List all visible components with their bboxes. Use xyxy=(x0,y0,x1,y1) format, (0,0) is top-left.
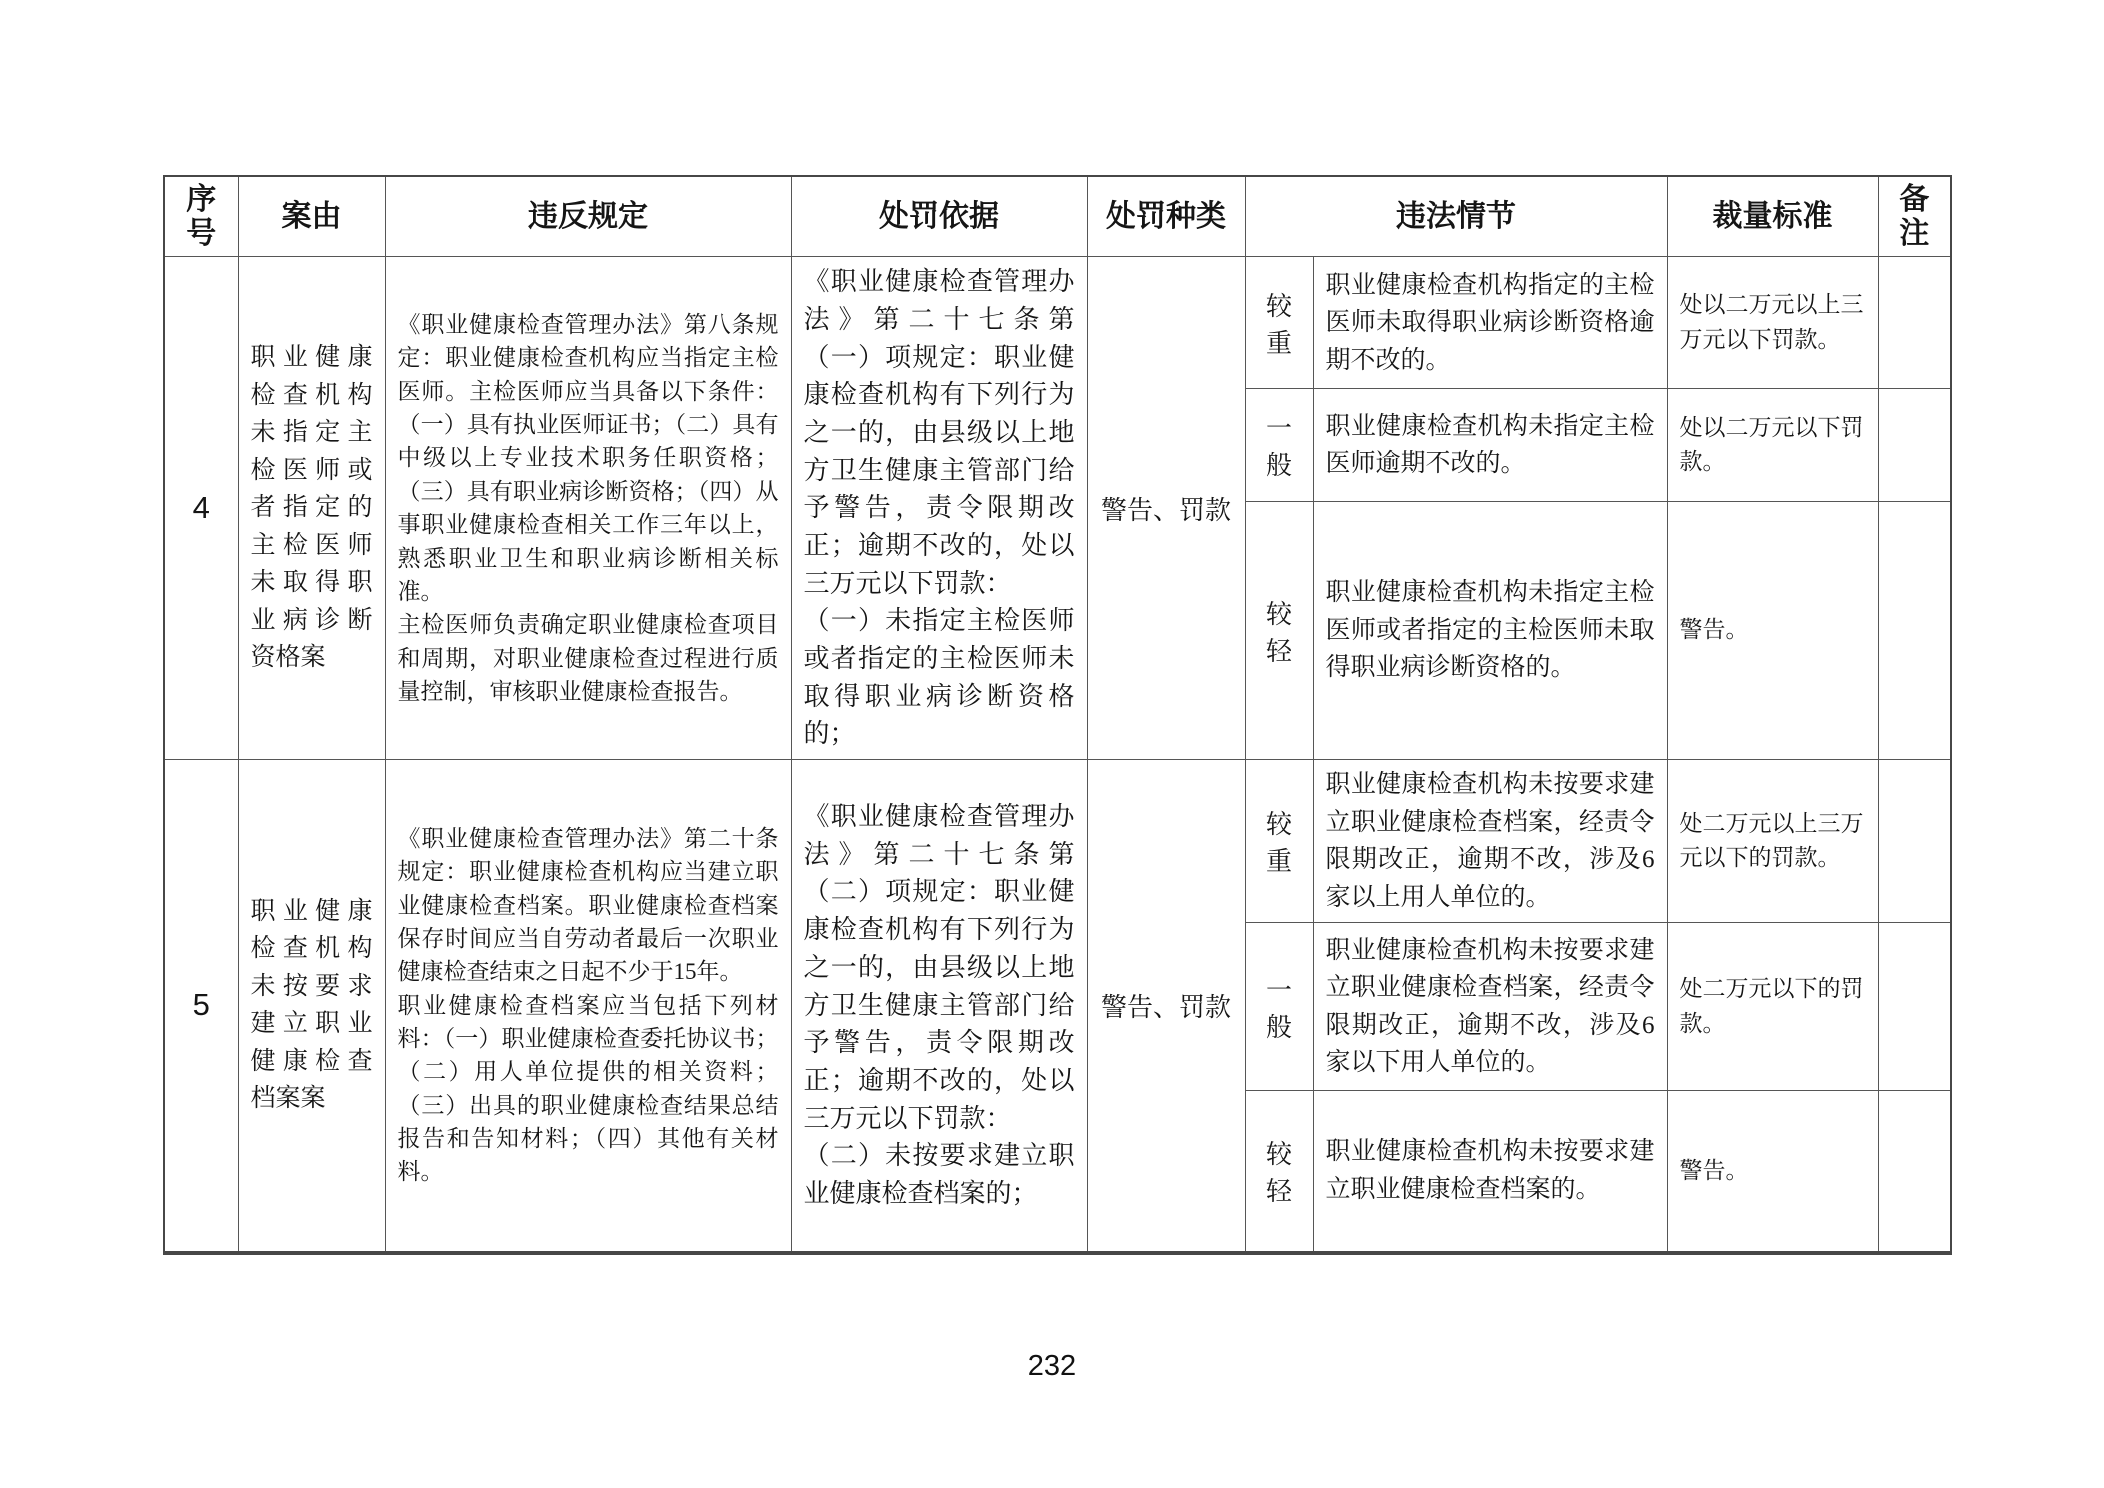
table-row-4-sub-heavier: 4 职业健康检查机构未指定主检医师或者指定的主检医师未取得职业病诊断资格案 《职… xyxy=(164,257,1951,389)
header-serial-number: 序号 xyxy=(164,176,238,257)
standard-cell: 处以二万元以下罚款。 xyxy=(1667,389,1878,502)
header-penalty-basis: 处罚依据 xyxy=(791,176,1087,257)
circumstance-cell: 职业健康检查机构未指定主检医师或者指定的主检医师未取得职业病诊断资格的。 xyxy=(1313,502,1667,760)
violated-regulation-cell: 《职业健康检查管理办法》第八条规定：职业健康检查机构应当指定主检医师。主检医师应… xyxy=(385,257,791,760)
circumstance-cell: 职业健康检查机构未按要求建立职业健康检查档案的。 xyxy=(1313,1091,1667,1253)
penalty-basis-cell: 《职业健康检查管理办法》第二十七条第（一）项规定：职业健康检查机构有下列行为之一… xyxy=(791,257,1087,760)
header-penalty-type: 处罚种类 xyxy=(1087,176,1245,257)
header-illegal-circumstance: 违法情节 xyxy=(1245,176,1667,257)
severity-cell: 较重 xyxy=(1245,257,1313,389)
remarks-cell xyxy=(1878,1091,1951,1253)
severity-cell: 较轻 xyxy=(1245,1091,1313,1253)
header-discretion-standard: 裁量标准 xyxy=(1667,176,1878,257)
remarks-cell xyxy=(1878,389,1951,502)
penalty-type-cell: 警告、罚款 xyxy=(1087,257,1245,760)
severity-cell: 较轻 xyxy=(1245,502,1313,760)
severity-cell: 较重 xyxy=(1245,760,1313,923)
header-cause: 案由 xyxy=(238,176,385,257)
violated-regulation-cell: 《职业健康检查管理办法》第二十条规定：职业健康检查机构应当建立职业健康检查档案。… xyxy=(385,760,791,1253)
penalty-type-cell: 警告、罚款 xyxy=(1087,760,1245,1253)
remarks-cell xyxy=(1878,923,1951,1091)
standard-cell: 处二万元以上三万元以下的罚款。 xyxy=(1667,760,1878,923)
circumstance-cell: 职业健康检查机构未按要求建立职业健康检查档案，经责令限期改正，逾期不改，涉及6家… xyxy=(1313,923,1667,1091)
circumstance-cell: 职业健康检查机构指定的主检医师未取得职业病诊断资格逾期不改的。 xyxy=(1313,257,1667,389)
page-number: 232 xyxy=(0,1350,2104,1383)
severity-cell: 一般 xyxy=(1245,923,1313,1091)
circumstance-cell: 职业健康检查机构未指定主检医师逾期不改的。 xyxy=(1313,389,1667,502)
table-row-5-sub-heavier: 5 职业健康检查机构未按要求建立职业健康检查档案案 《职业健康检查管理办法》第二… xyxy=(164,760,1951,923)
document-page: 序号 案由 违反规定 处罚依据 处罚种类 违法情节 裁量标准 备注 4 职业健康… xyxy=(0,0,2104,1488)
severity-cell: 一般 xyxy=(1245,389,1313,502)
header-remarks: 备注 xyxy=(1878,176,1951,257)
penalty-discretion-table: 序号 案由 违反规定 处罚依据 处罚种类 违法情节 裁量标准 备注 4 职业健康… xyxy=(163,175,1952,1255)
cause-cell: 职业健康检查机构未指定主检医师或者指定的主检医师未取得职业病诊断资格案 xyxy=(238,257,385,760)
remarks-cell xyxy=(1878,257,1951,389)
serial-number-cell: 4 xyxy=(164,257,238,760)
header-violated-regulation: 违反规定 xyxy=(385,176,791,257)
standard-cell: 警告。 xyxy=(1667,502,1878,760)
standard-cell: 处以二万元以上三万元以下罚款。 xyxy=(1667,257,1878,389)
standard-cell: 处二万元以下的罚款。 xyxy=(1667,923,1878,1091)
circumstance-cell: 职业健康检查机构未按要求建立职业健康检查档案，经责令限期改正，逾期不改，涉及6家… xyxy=(1313,760,1667,923)
cause-cell: 职业健康检查机构未按要求建立职业健康检查档案案 xyxy=(238,760,385,1253)
standard-cell: 警告。 xyxy=(1667,1091,1878,1253)
remarks-cell xyxy=(1878,502,1951,760)
serial-number-cell: 5 xyxy=(164,760,238,1253)
penalty-basis-cell: 《职业健康检查管理办法》第二十七条第（二）项规定：职业健康检查机构有下列行为之一… xyxy=(791,760,1087,1253)
table-header-row: 序号 案由 违反规定 处罚依据 处罚种类 违法情节 裁量标准 备注 xyxy=(164,176,1951,257)
remarks-cell xyxy=(1878,760,1951,923)
